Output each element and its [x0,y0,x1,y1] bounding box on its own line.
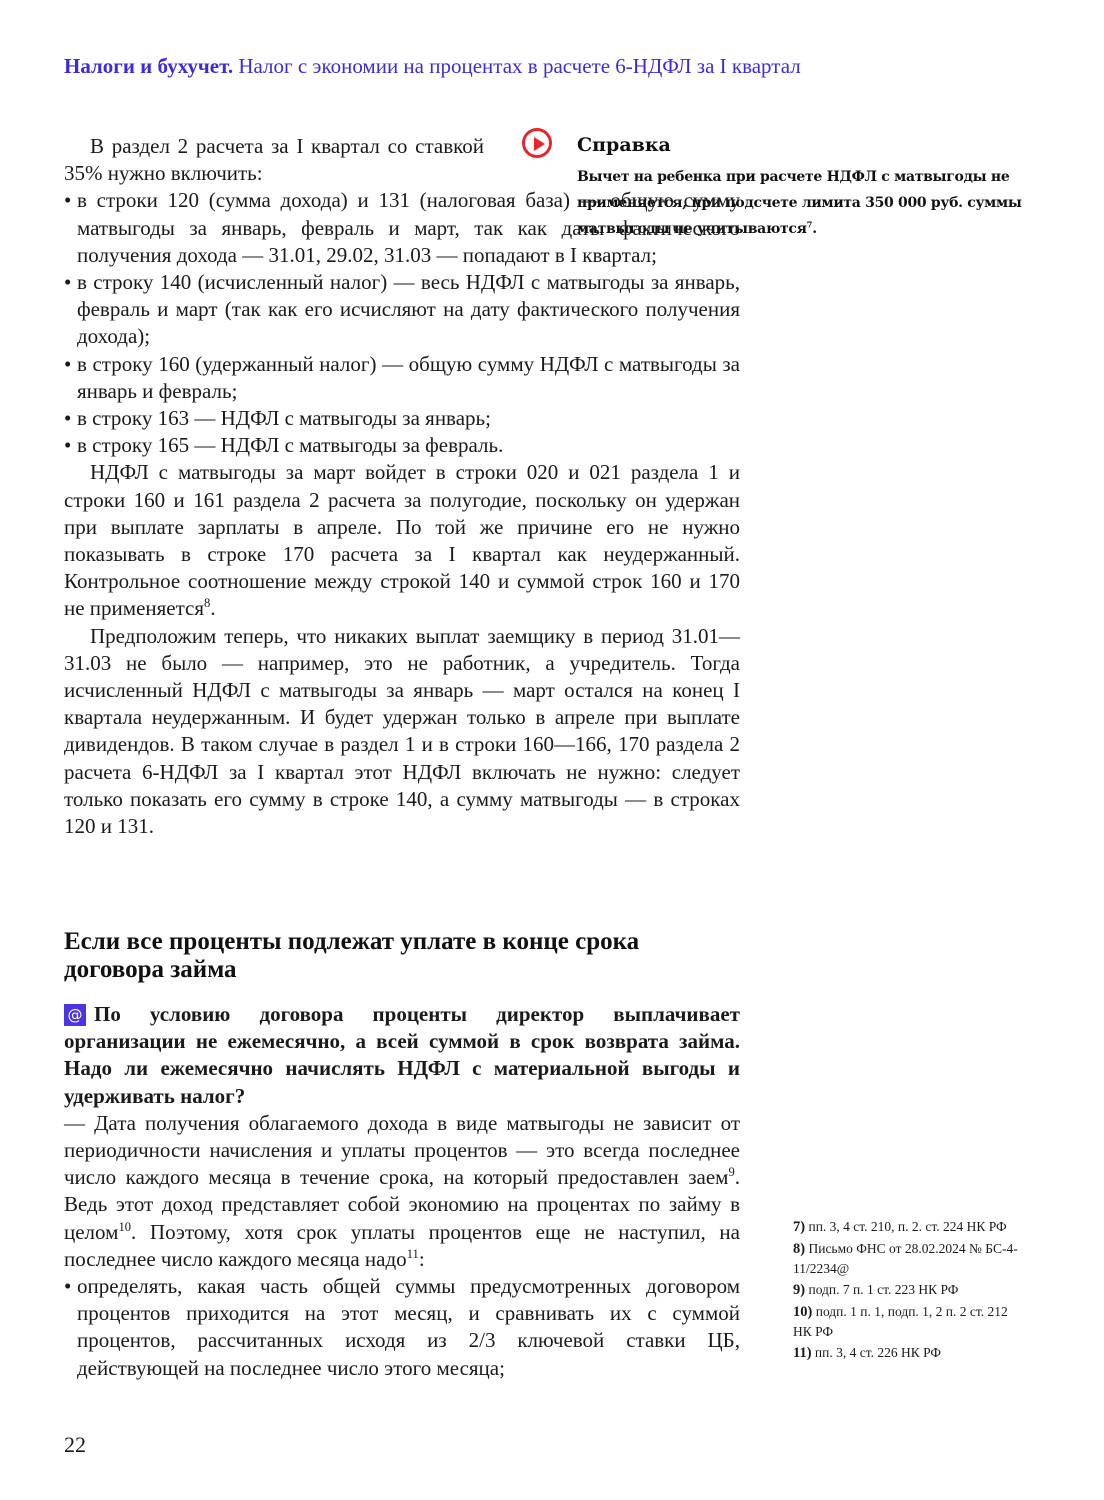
running-header: Налоги и бухучет. Налог с экономии на пр… [64,54,801,79]
footnote: 10) подп. 1 п. 1, подп. 1, 2 п. 2 ст. 21… [793,1302,1023,1341]
page-number: 22 [64,1432,86,1458]
bullet-list: в строки 120 (сумма дохода) и 131 (налог… [64,187,740,459]
paragraph: НДФЛ с матвыгоды за март войдет в строки… [64,459,740,622]
paragraph: Предположим теперь, что никаких выплат з… [64,623,740,841]
bullet-list: определять, какая часть общей суммы пред… [64,1273,740,1382]
intro-paragraph: В раздел 2 расчета за I квартал со ставк… [64,133,484,187]
footnote-ref[interactable]: 10 [118,1220,131,1234]
list-item: в строку 160 (удержанный налог) — общую … [64,351,740,405]
question-answer: @По условию договора проценты директор в… [64,1001,740,1382]
footnote: 8) Письмо ФНС от 28.02.2024 № БС-4-11/22… [793,1239,1023,1278]
footnote: 7) пп. 3, 4 ст. 210, п. 2. ст. 224 НК РФ [793,1217,1023,1237]
footnote: 9) подп. 7 п. 1 ст. 223 НК РФ [793,1280,1023,1300]
at-icon: @ [64,1004,86,1026]
header-section: Налоги и бухучет. [64,54,233,78]
list-item: в строку 165 — НДФЛ с матвыгоды за февра… [64,432,740,459]
header-title: Налог с экономии на процентах в расчете … [238,54,800,78]
list-item: определять, какая часть общей суммы пред… [64,1273,740,1382]
answer: — Дата получения облагаемого дохода в ви… [64,1110,740,1273]
footnotes: 7) пп. 3, 4 ст. 210, п. 2. ст. 224 НК РФ… [793,1217,1023,1365]
list-item: в строки 120 (сумма дохода) и 131 (налог… [64,187,740,269]
section-heading: Если все проценты подлежат уплате в конц… [64,928,704,984]
list-item: в строку 140 (исчисленный налог) — весь … [64,269,740,351]
question: @По условию договора проценты директор в… [64,1001,740,1110]
footnote: 11) пп. 3, 4 ст. 226 НК РФ [793,1343,1023,1363]
main-text: В раздел 2 расчета за I квартал со ставк… [64,133,740,840]
list-item: в строку 163 — НДФЛ с матвыгоды за январ… [64,405,740,432]
footnote-ref[interactable]: 11 [407,1247,419,1261]
